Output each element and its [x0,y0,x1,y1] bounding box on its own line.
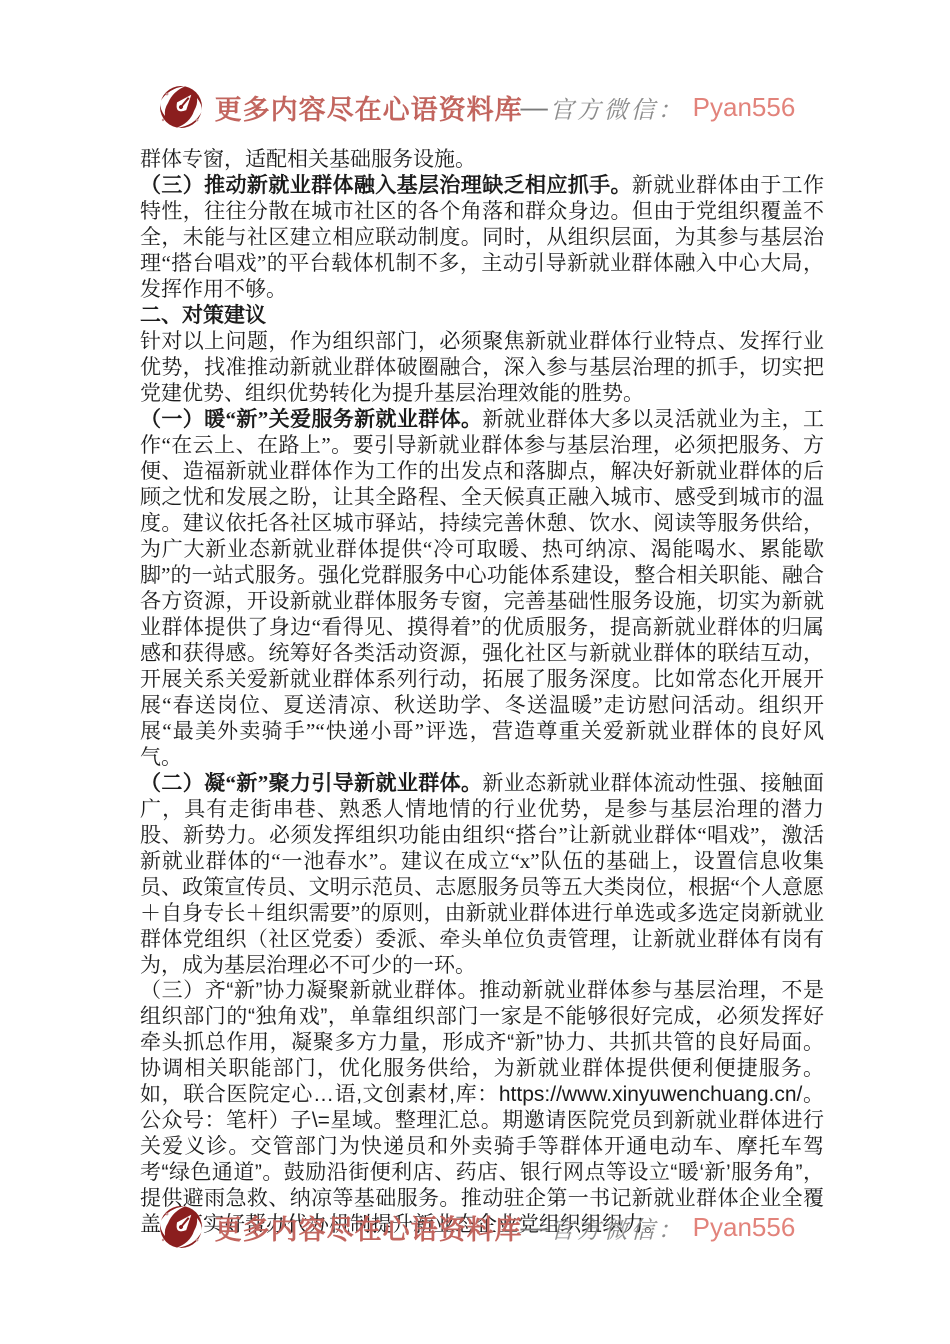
paragraph-intro: 针对以上问题，作为组织部门，必须聚焦新就业群体行业特点、发挥行业优势，找准推动新… [140,328,824,406]
footer-brand-banner: 更多内容尽在心语资料库 — 官方微信： Pyan556 [0,1202,950,1252]
heading-countermeasures: 二、对策建议 [140,302,824,328]
paragraph-body: 群体专窗，适配相关基础服务设施。 [140,147,476,171]
paragraph-lead: （三）推动新就业群体融入基层治理缺乏相应抓手。 [140,173,632,197]
pen-seal-logo-icon [155,82,207,132]
brand-separator: — [521,1212,548,1243]
wechat-id: Pyan556 [693,1212,796,1243]
paragraph-suggestion-2: （二）凝“新”聚力引导新就业群体。新业态新就业群体流动性强、接触面广，具有走街串… [140,770,824,978]
paragraph-problem-3: （三）推动新就业群体融入基层治理缺乏相应抓手。新就业群体由于工作特性，往往分散在… [140,172,824,302]
paragraph-lead: （三）齐“新”协力凝聚新就业群体。 [140,979,479,1002]
wechat-label: 官方微信： [550,90,685,125]
paragraph-body: 针对以上问题，作为组织部门，必须聚焦新就业群体行业特点、发挥行业优势，找准推动新… [140,329,824,405]
brand-text: 更多内容尽在心语资料库 [215,88,523,127]
document-content: 群体专窗，适配相关基础服务设施。（三）推动新就业群体融入基层治理缺乏相应抓手。新… [140,146,824,1238]
paragraph-suggestion-1: （一）暖“新”关爱服务新就业群体。新就业群体大多以灵活就业为主，工作“在云上、在… [140,406,824,770]
wechat-id: Pyan556 [693,92,796,123]
paragraph-suggestion-3: （三）齐“新”协力凝聚新就业群体。推动新就业群体参与基层治理，不是组织部门的“独… [140,978,824,1238]
header-brand-banner: 更多内容尽在心语资料库 — 官方微信： Pyan556 [0,82,950,132]
paragraph-lead: （一）暖“新”关爱服务新就业群体。 [140,407,482,431]
paragraph-body: 新就业群体大多以灵活就业为主，工作“在云上、在路上”。要引导新就业群体参与基层治… [140,407,824,769]
wechat-label: 官方微信： [550,1210,685,1245]
paragraph-continuation: 群体专窗，适配相关基础服务设施。 [140,146,824,172]
brand-separator: — [521,92,548,123]
paragraph-body: 新业态新就业群体流动性强、接触面广，具有走街串巷、熟悉人情地情的行业优势，是参与… [140,771,824,977]
brand-text: 更多内容尽在心语资料库 [215,1208,523,1247]
document-page: 更多内容尽在心语资料库 — 官方微信： Pyan556 群体专窗，适配相关基础服… [0,0,950,1344]
pen-seal-logo-icon [155,1202,207,1252]
paragraph-body: 推动新就业群体参与基层治理，不是组织部门的“独角戏”，单靠组织部门一家是不能够很… [140,979,824,1236]
paragraph-lead: 二、对策建议 [140,303,266,327]
paragraph-lead: （二）凝“新”聚力引导新就业群体。 [140,771,482,795]
